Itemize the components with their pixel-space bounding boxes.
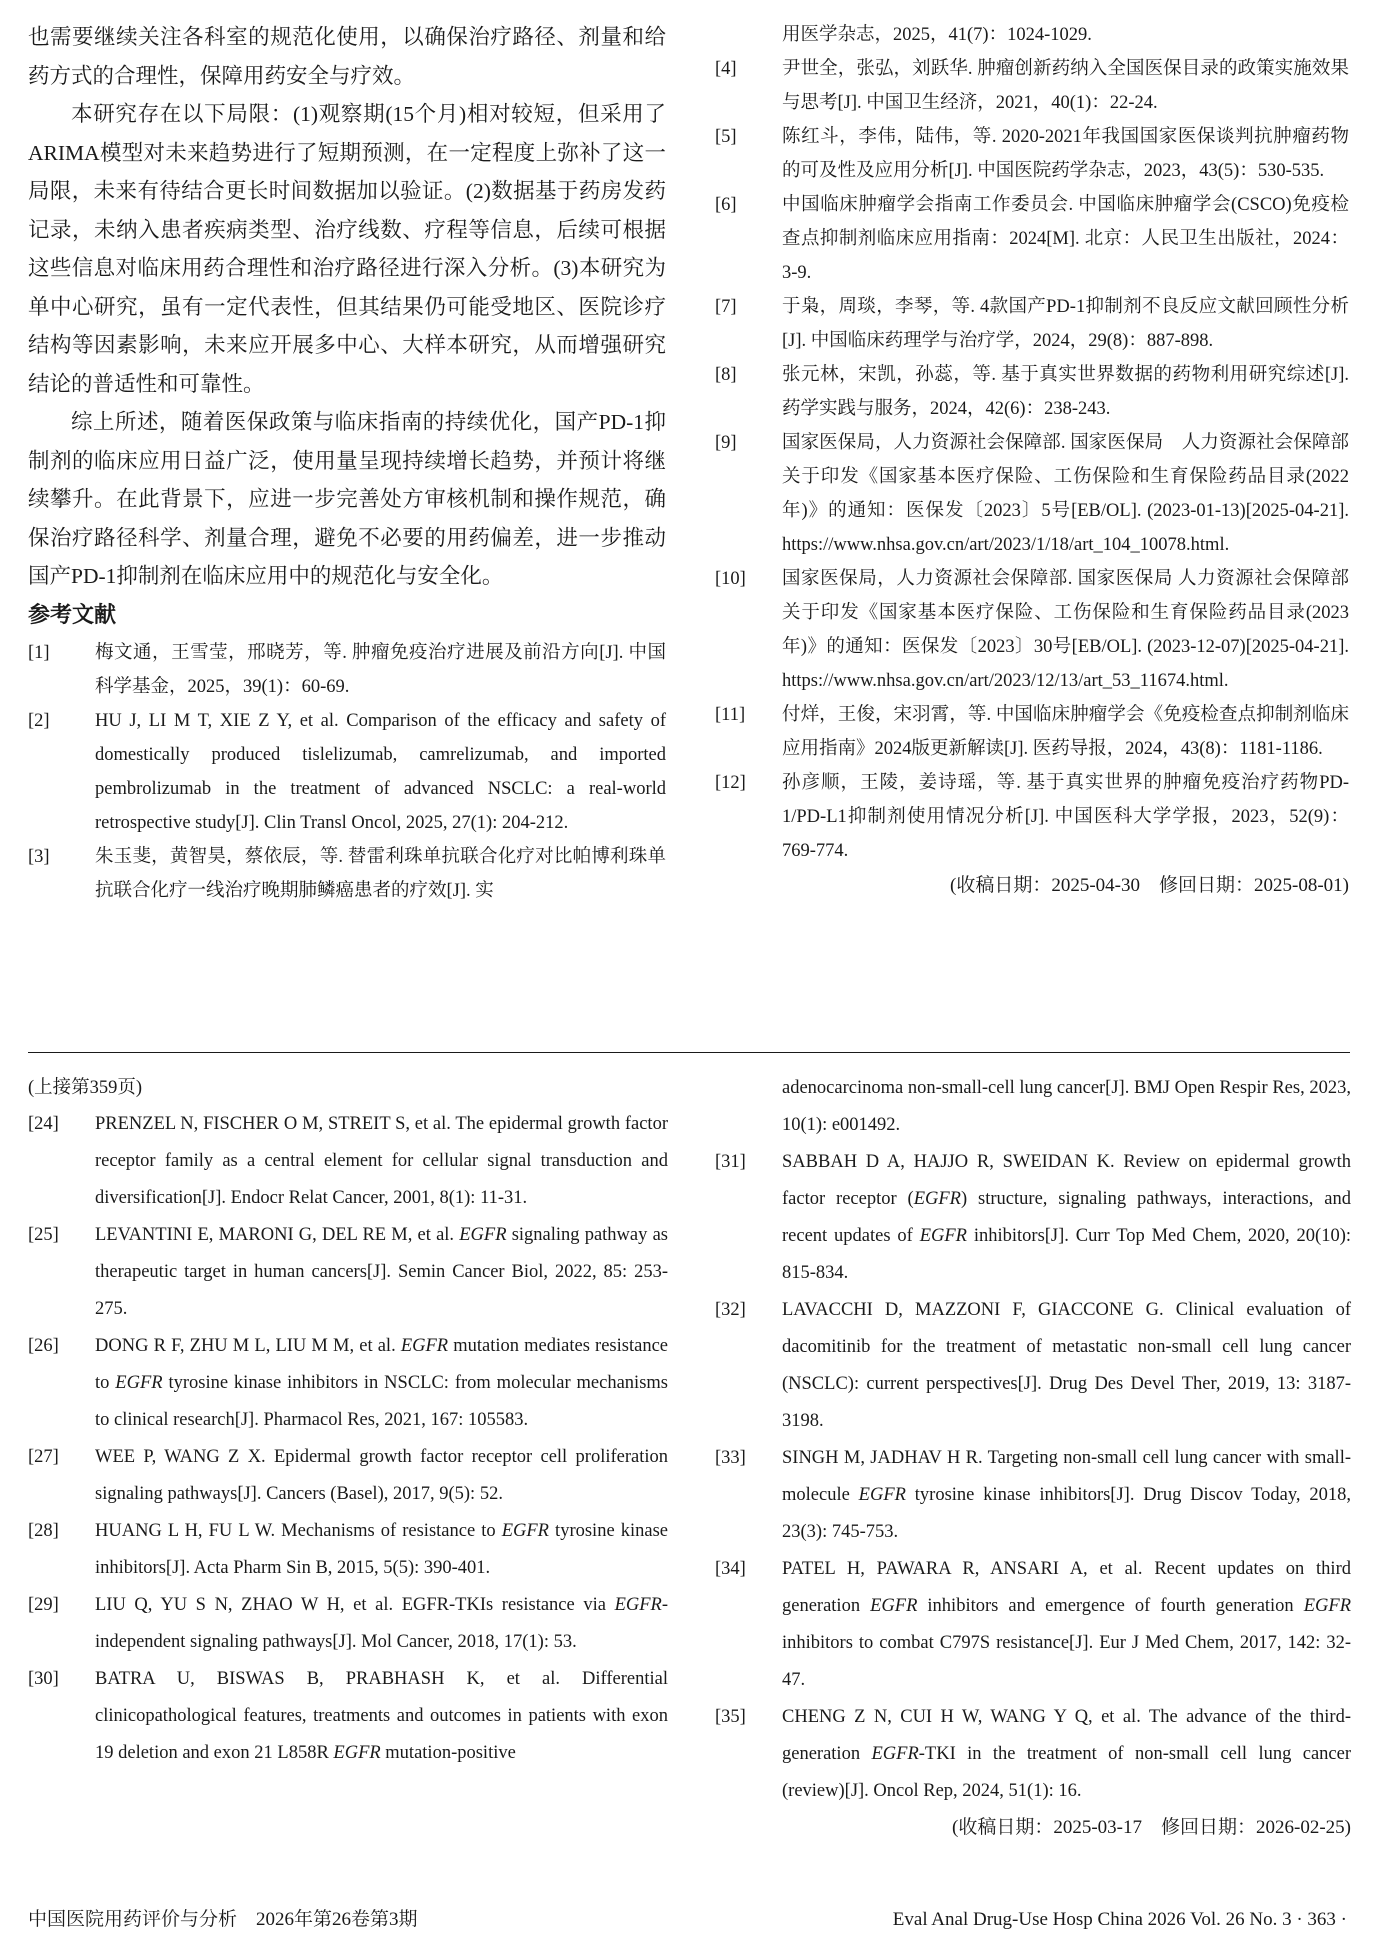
reference-number: [31] xyxy=(715,1144,775,1181)
paragraph-limitations: 本研究存在以下局限：(1)观察期(15个月)相对较短，但采用了ARIMA模型对未… xyxy=(28,95,666,403)
reference-item: [10] 国家医保局，人力资源社会保障部. 国家医保局 人力资源社会保障部关于印… xyxy=(715,562,1349,698)
reference-item: [3] 朱玉斐，黄智昊，蔡依辰，等. 替雷利珠单抗联合化疗对比帕博利珠单抗联合化… xyxy=(28,840,666,908)
reference-number: [3] xyxy=(28,840,88,874)
reference-number: [30] xyxy=(28,1661,88,1698)
reference-number: [32] xyxy=(715,1292,775,1329)
journal-footer-english-page-number: Eval Anal Drug-Use Hosp China 2026 Vol. … xyxy=(893,1906,1347,1934)
reference-number: [4] xyxy=(715,52,775,86)
reference-number: [8] xyxy=(715,358,775,392)
reference-item: [1] 梅文通，王雪莹，邢晓芳，等. 肿瘤免疫治疗进展及前沿方向[J]. 中国科… xyxy=(28,636,666,704)
reference-item: [32] LAVACCHI D, MAZZONI F, GIACCONE G. … xyxy=(715,1292,1351,1440)
reference-text: DONG R F, ZHU M L, LIU M M, et al. EGFR … xyxy=(95,1336,668,1430)
reference-item: [27] WEE P, WANG Z X. Epidermal growth f… xyxy=(28,1439,668,1513)
reference-text: 尹世全，张弘，刘跃华. 肿瘤创新药纳入全国医保目录的政策实施效果与思考[J]. … xyxy=(782,59,1349,113)
reference-text: 孙彦顺，王陵，姜诗瑶，等. 基于真实世界的肿瘤免疫治疗药物PD-1/PD-L1抑… xyxy=(782,773,1349,861)
reference-text: LIU Q, YU S N, ZHAO W H, et al. EGFR-TKI… xyxy=(95,1595,668,1652)
reference-item: [25] LEVANTINI E, MARONI G, DEL RE M, et… xyxy=(28,1217,668,1328)
reference-item: [6] 中国临床肿瘤学会指南工作委员会. 中国临床肿瘤学会(CSCO)免疫检查点… xyxy=(715,188,1349,290)
reference-number: [28] xyxy=(28,1513,88,1550)
reference-number: [11] xyxy=(715,698,775,732)
reference-number: [9] xyxy=(715,426,775,460)
reference-text: 用医学杂志，2025，41(7)：1024-1029. xyxy=(782,25,1092,45)
reference-number: [7] xyxy=(715,290,775,324)
reference-item: [11] 付烊，王俊，宋羽霄，等. 中国临床肿瘤学会《免疫检查点抑制剂临床应用指… xyxy=(715,698,1349,766)
reference-number: [5] xyxy=(715,120,775,154)
reference-number: [2] xyxy=(28,704,88,738)
reference-text: 国家医保局，人力资源社会保障部. 国家医保局 人力资源社会保障部关于印发《国家基… xyxy=(782,569,1349,691)
reference-text: 张元林，宋凯，孙蕊，等. 基于真实世界数据的药物利用研究综述[J]. 药学实践与… xyxy=(782,365,1349,419)
reference-item: [12] 孙彦顺，王陵，姜诗瑶，等. 基于真实世界的肿瘤免疫治疗药物PD-1/P… xyxy=(715,766,1349,868)
reference-item: [2] HU J, LI M T, XIE Z Y, et al. Compar… xyxy=(28,704,666,840)
reference-item: [5] 陈红斗，李伟，陆伟，等. 2020-2021年我国国家医保谈判抗肿瘤药物… xyxy=(715,120,1349,188)
reference-text: SINGH M, JADHAV H R. Targeting non-small… xyxy=(782,1448,1351,1542)
reference-item: [31] SABBAH D A, HAJJO R, SWEIDAN K. Rev… xyxy=(715,1144,1351,1292)
journal-footer-chinese: 中国医院用药评价与分析 2026年第26卷第3期 xyxy=(28,1906,418,1934)
reference-text: 朱玉斐，黄智昊，蔡依辰，等. 替雷利珠单抗联合化疗对比帕博利珠单抗联合化疗一线治… xyxy=(95,847,666,901)
reference-number: [27] xyxy=(28,1439,88,1476)
reference-continuation: adenocarcinoma non-small-cell lung cance… xyxy=(715,1070,1351,1144)
reference-item: [30] BATRA U, BISWAS B, PRABHASH K, et a… xyxy=(28,1661,668,1772)
reference-item: [29] LIU Q, YU S N, ZHAO W H, et al. EGF… xyxy=(28,1587,668,1661)
paragraph-conclusion-tail: 也需要继续关注各科室的规范化使用，以确保治疗路径、剂量和给药方式的合理性，保障用… xyxy=(28,18,666,95)
section-divider xyxy=(28,1052,1350,1053)
reference-item: [33] SINGH M, JADHAV H R. Targeting non-… xyxy=(715,1440,1351,1551)
references-heading: 参考文献 xyxy=(28,598,666,634)
reference-number: [29] xyxy=(28,1587,88,1624)
reference-item: [8] 张元林，宋凯，孙蕊，等. 基于真实世界数据的药物利用研究综述[J]. 药… xyxy=(715,358,1349,426)
reference-number: [6] xyxy=(715,188,775,222)
reference-item: [24] PRENZEL N, FISCHER O M, STREIT S, e… xyxy=(28,1106,668,1217)
reference-item: [4] 尹世全，张弘，刘跃华. 肿瘤创新药纳入全国医保目录的政策实施效果与思考[… xyxy=(715,52,1349,120)
reference-number: [24] xyxy=(28,1106,88,1143)
reference-continuation: 用医学杂志，2025，41(7)：1024-1029. xyxy=(715,18,1349,52)
continued-from-note: (上接第359页) xyxy=(28,1070,668,1106)
reference-item: [34] PATEL H, PAWARA R, ANSARI A, et al.… xyxy=(715,1551,1351,1699)
reference-number: [33] xyxy=(715,1440,775,1477)
reference-number: [10] xyxy=(715,562,775,596)
reference-text: PRENZEL N, FISCHER O M, STREIT S, et al.… xyxy=(95,1114,668,1208)
reference-item: [7] 于枭，周琰，李琴，等. 4款国产PD-1抑制剂不良反应文献回顾性分析[J… xyxy=(715,290,1349,358)
reference-text: 付烊，王俊，宋羽霄，等. 中国临床肿瘤学会《免疫检查点抑制剂临床应用指南》202… xyxy=(782,705,1349,759)
received-date-note: (收稿日期：2025-03-17 修回日期：2026-02-25) xyxy=(715,1810,1351,1846)
reference-number: [34] xyxy=(715,1551,775,1588)
reference-number: [1] xyxy=(28,636,88,670)
reference-text: 陈红斗，李伟，陆伟，等. 2020-2021年我国国家医保谈判抗肿瘤药物的可及性… xyxy=(782,127,1349,181)
reference-item: [9] 国家医保局，人力资源社会保障部. 国家医保局 人力资源社会保障部关于印发… xyxy=(715,426,1349,562)
reference-text: SABBAH D A, HAJJO R, SWEIDAN K. Review o… xyxy=(782,1152,1351,1283)
reference-text: HUANG L H, FU L W. Mechanisms of resista… xyxy=(95,1521,668,1578)
lower-left-column: (上接第359页) [24] PRENZEL N, FISCHER O M, S… xyxy=(28,1070,668,1772)
upper-right-column: 用医学杂志，2025，41(7)：1024-1029. [4] 尹世全，张弘，刘… xyxy=(715,18,1349,904)
paragraph-summary: 综上所述，随着医保政策与临床指南的持续优化，国产PD-1抑制剂的临床应用日益广泛… xyxy=(28,403,666,596)
reference-item: [28] HUANG L H, FU L W. Mechanisms of re… xyxy=(28,1513,668,1587)
reference-text: 于枭，周琰，李琴，等. 4款国产PD-1抑制剂不良反应文献回顾性分析[J]. 中… xyxy=(782,297,1349,351)
journal-page: 也需要继续关注各科室的规范化使用，以确保治疗路径、剂量和给药方式的合理性，保障用… xyxy=(0,0,1375,1940)
reference-number: [12] xyxy=(715,766,775,800)
reference-item: [26] DONG R F, ZHU M L, LIU M M, et al. … xyxy=(28,1328,668,1439)
reference-text: LEVANTINI E, MARONI G, DEL RE M, et al. … xyxy=(95,1225,668,1319)
reference-text: 中国临床肿瘤学会指南工作委员会. 中国临床肿瘤学会(CSCO)免疫检查点抑制剂临… xyxy=(782,195,1349,283)
reference-text: adenocarcinoma non-small-cell lung cance… xyxy=(782,1078,1351,1135)
received-date-note: (收稿日期：2025-04-30 修回日期：2025-08-01) xyxy=(715,868,1349,904)
reference-text: CHENG Z N, CUI H W, WANG Y Q, et al. The… xyxy=(782,1707,1351,1801)
reference-text: PATEL H, PAWARA R, ANSARI A, et al. Rece… xyxy=(782,1559,1351,1690)
reference-text: 国家医保局，人力资源社会保障部. 国家医保局 人力资源社会保障部关于印发《国家基… xyxy=(782,433,1349,555)
reference-item: [35] CHENG Z N, CUI H W, WANG Y Q, et al… xyxy=(715,1699,1351,1810)
reference-text: LAVACCHI D, MAZZONI F, GIACCONE G. Clini… xyxy=(782,1300,1351,1431)
reference-text: 梅文通，王雪莹，邢晓芳，等. 肿瘤免疫治疗进展及前沿方向[J]. 中国科学基金，… xyxy=(95,643,666,697)
reference-number: [25] xyxy=(28,1217,88,1254)
lower-right-column: adenocarcinoma non-small-cell lung cance… xyxy=(715,1070,1351,1846)
reference-list: [1] 梅文通，王雪莹，邢晓芳，等. 肿瘤免疫治疗进展及前沿方向[J]. 中国科… xyxy=(28,636,666,908)
reference-number: [26] xyxy=(28,1328,88,1365)
upper-left-column: 也需要继续关注各科室的规范化使用，以确保治疗路径、剂量和给药方式的合理性，保障用… xyxy=(28,18,666,908)
reference-text: WEE P, WANG Z X. Epidermal growth factor… xyxy=(95,1447,668,1504)
reference-text: HU J, LI M T, XIE Z Y, et al. Comparison… xyxy=(95,711,666,833)
reference-text: BATRA U, BISWAS B, PRABHASH K, et al. Di… xyxy=(95,1669,668,1763)
reference-number: [35] xyxy=(715,1699,775,1736)
